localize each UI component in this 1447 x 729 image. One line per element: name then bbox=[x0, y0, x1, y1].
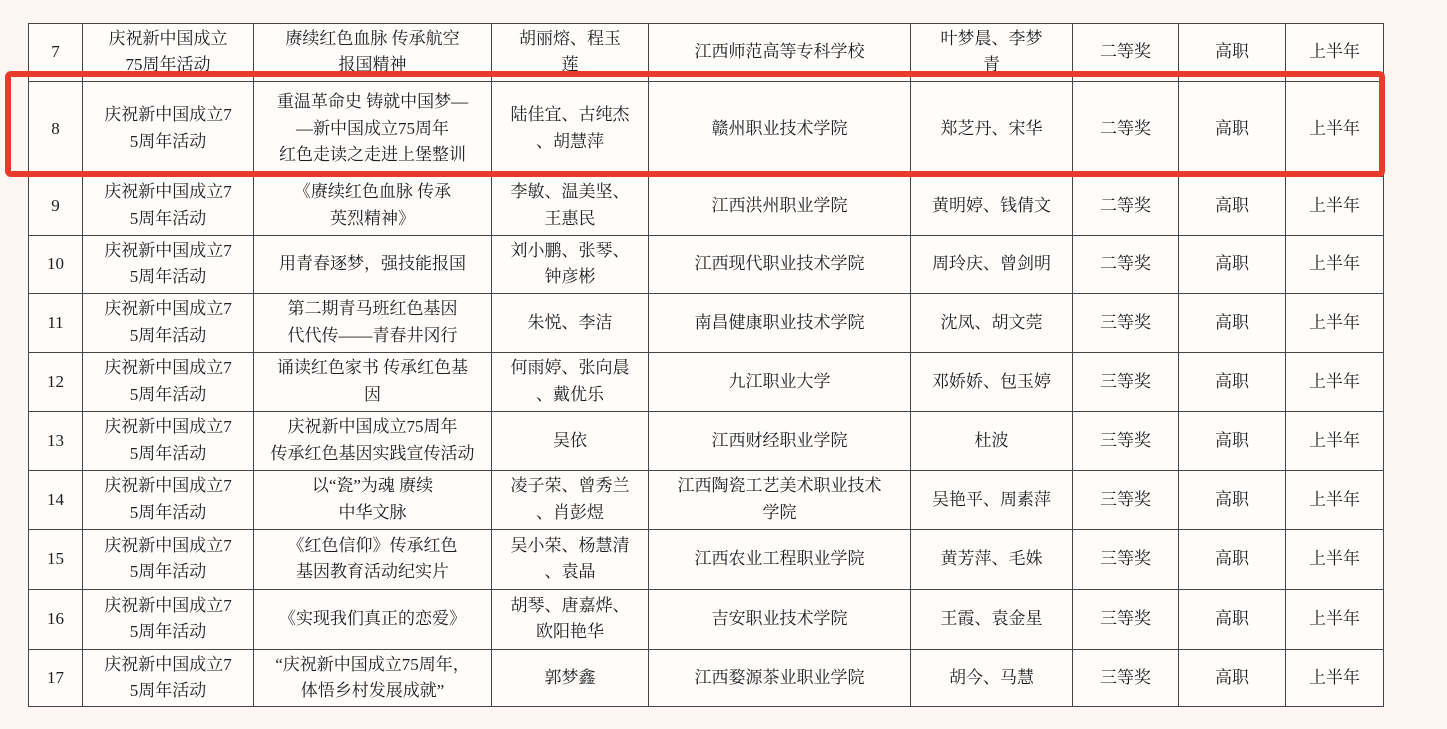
cell-authors: 凌子荣、曾秀兰 、肖彭煜 bbox=[492, 470, 649, 529]
table-row: 11 庆祝新中国成立7 5周年活动 第二期青马班红色基因 代代传——青春井冈行 … bbox=[29, 293, 1384, 352]
cell-instructors: 沈凤、胡文莞 bbox=[911, 293, 1073, 352]
cell-instructors: 周玲庆、曾剑明 bbox=[911, 235, 1073, 293]
cell-no: 8 bbox=[29, 81, 83, 176]
cell-category: 高职 bbox=[1179, 176, 1286, 235]
cell-period: 上半年 bbox=[1286, 24, 1384, 82]
cell-school: 南昌健康职业技术学院 bbox=[649, 293, 911, 352]
cell-no: 10 bbox=[29, 235, 83, 293]
cell-authors: 吴小荣、杨慧清 、袁晶 bbox=[492, 529, 649, 589]
cell-period: 上半年 bbox=[1286, 352, 1384, 411]
cell-activity: 庆祝新中国成立7 5周年活动 bbox=[83, 529, 254, 589]
cell-period: 上半年 bbox=[1286, 411, 1384, 470]
cell-instructors: 吴艳平、周素萍 bbox=[911, 470, 1073, 529]
cell-award: 三等奖 bbox=[1073, 529, 1179, 589]
cell-activity: 庆祝新中国成立7 5周年活动 bbox=[83, 411, 254, 470]
cell-category: 高职 bbox=[1179, 411, 1286, 470]
cell-activity: 庆祝新中国成立7 5周年活动 bbox=[83, 176, 254, 235]
cell-category: 高职 bbox=[1179, 529, 1286, 589]
cell-activity: 庆祝新中国成立 75周年活动 bbox=[83, 24, 254, 82]
cell-school: 吉安职业技术学院 bbox=[649, 589, 911, 649]
cell-work: 庆祝新中国成立75周年 传承红色基因实践宣传活动 bbox=[254, 411, 492, 470]
cell-instructors: 郑芝丹、宋华 bbox=[911, 81, 1073, 176]
cell-activity: 庆祝新中国成立7 5周年活动 bbox=[83, 649, 254, 707]
cell-category: 高职 bbox=[1179, 293, 1286, 352]
cell-no: 9 bbox=[29, 176, 83, 235]
cell-instructors: 黄芳萍、毛姝 bbox=[911, 529, 1073, 589]
cell-no: 7 bbox=[29, 24, 83, 82]
cell-work: 《红色信仰》传承红色 基因教育活动纪实片 bbox=[254, 529, 492, 589]
cell-instructors: 邓娇娇、包玉婷 bbox=[911, 352, 1073, 411]
table-row: 16 庆祝新中国成立7 5周年活动 《实现我们真正的恋爱》 胡琴、唐嘉烨、 欧阳… bbox=[29, 589, 1384, 649]
cell-award: 三等奖 bbox=[1073, 589, 1179, 649]
cell-authors: 郭梦鑫 bbox=[492, 649, 649, 707]
cell-work: 诵读红色家书 传承红色基 因 bbox=[254, 352, 492, 411]
cell-award: 二等奖 bbox=[1073, 235, 1179, 293]
cell-instructors: 杜波 bbox=[911, 411, 1073, 470]
cell-award: 二等奖 bbox=[1073, 81, 1179, 176]
cell-work: 以“瓷”为魂 赓续 中华文脉 bbox=[254, 470, 492, 529]
cell-award: 二等奖 bbox=[1073, 176, 1179, 235]
cell-work: 第二期青马班红色基因 代代传——青春井冈行 bbox=[254, 293, 492, 352]
cell-authors: 朱悦、李洁 bbox=[492, 293, 649, 352]
table-row: 13 庆祝新中国成立7 5周年活动 庆祝新中国成立75周年 传承红色基因实践宣传… bbox=[29, 411, 1384, 470]
cell-category: 高职 bbox=[1179, 649, 1286, 707]
cell-no: 16 bbox=[29, 589, 83, 649]
cell-work: 重温革命史 铸就中国梦— —新中国成立75周年 红色走读之走进上堡整训 bbox=[254, 81, 492, 176]
cell-authors: 胡琴、唐嘉烨、 欧阳艳华 bbox=[492, 589, 649, 649]
cell-authors: 何雨婷、张向晨 、戴优乐 bbox=[492, 352, 649, 411]
table-row-highlighted: 8 庆祝新中国成立7 5周年活动 重温革命史 铸就中国梦— —新中国成立75周年… bbox=[29, 81, 1384, 176]
cell-category: 高职 bbox=[1179, 235, 1286, 293]
cell-school: 江西洪州职业学院 bbox=[649, 176, 911, 235]
cell-authors: 李敏、温美坚、 王惠民 bbox=[492, 176, 649, 235]
table-row: 7 庆祝新中国成立 75周年活动 赓续红色血脉 传承航空 报国精神 胡丽熔、程玉… bbox=[29, 24, 1384, 82]
cell-award: 二等奖 bbox=[1073, 24, 1179, 82]
cell-activity: 庆祝新中国成立7 5周年活动 bbox=[83, 352, 254, 411]
table-row: 14 庆祝新中国成立7 5周年活动 以“瓷”为魂 赓续 中华文脉 凌子荣、曾秀兰… bbox=[29, 470, 1384, 529]
cell-no: 12 bbox=[29, 352, 83, 411]
cell-period: 上半年 bbox=[1286, 470, 1384, 529]
cell-activity: 庆祝新中国成立7 5周年活动 bbox=[83, 293, 254, 352]
cell-award: 三等奖 bbox=[1073, 352, 1179, 411]
cell-period: 上半年 bbox=[1286, 649, 1384, 707]
cell-work: 《实现我们真正的恋爱》 bbox=[254, 589, 492, 649]
cell-no: 11 bbox=[29, 293, 83, 352]
cell-period: 上半年 bbox=[1286, 235, 1384, 293]
cell-school: 赣州职业技术学院 bbox=[649, 81, 911, 176]
cell-school: 九江职业大学 bbox=[649, 352, 911, 411]
cell-authors: 刘小鹏、张琴、 钟彦彬 bbox=[492, 235, 649, 293]
cell-school: 江西婺源茶业职业学院 bbox=[649, 649, 911, 707]
cell-activity: 庆祝新中国成立7 5周年活动 bbox=[83, 589, 254, 649]
cell-school: 江西陶瓷工艺美术职业技术 学院 bbox=[649, 470, 911, 529]
cell-period: 上半年 bbox=[1286, 589, 1384, 649]
cell-category: 高职 bbox=[1179, 81, 1286, 176]
cell-instructors: 胡今、马慧 bbox=[911, 649, 1073, 707]
cell-authors: 陆佳宜、古纯杰 、胡慧萍 bbox=[492, 81, 649, 176]
cell-instructors: 王霞、袁金星 bbox=[911, 589, 1073, 649]
cell-period: 上半年 bbox=[1286, 293, 1384, 352]
cell-school: 江西现代职业技术学院 bbox=[649, 235, 911, 293]
cell-school: 江西财经职业学院 bbox=[649, 411, 911, 470]
cell-no: 15 bbox=[29, 529, 83, 589]
awards-table: 7 庆祝新中国成立 75周年活动 赓续红色血脉 传承航空 报国精神 胡丽熔、程玉… bbox=[28, 23, 1384, 707]
cell-authors: 胡丽熔、程玉 莲 bbox=[492, 24, 649, 82]
cell-category: 高职 bbox=[1179, 24, 1286, 82]
cell-no: 14 bbox=[29, 470, 83, 529]
table-row: 9 庆祝新中国成立7 5周年活动 《赓续红色血脉 传承 英烈精神》 李敏、温美坚… bbox=[29, 176, 1384, 235]
cell-award: 三等奖 bbox=[1073, 293, 1179, 352]
cell-activity: 庆祝新中国成立7 5周年活动 bbox=[83, 470, 254, 529]
cell-award: 三等奖 bbox=[1073, 649, 1179, 707]
cell-activity: 庆祝新中国成立7 5周年活动 bbox=[83, 81, 254, 176]
cell-no: 13 bbox=[29, 411, 83, 470]
cell-period: 上半年 bbox=[1286, 529, 1384, 589]
cell-award: 三等奖 bbox=[1073, 411, 1179, 470]
cell-work: 赓续红色血脉 传承航空 报国精神 bbox=[254, 24, 492, 82]
cell-activity: 庆祝新中国成立7 5周年活动 bbox=[83, 235, 254, 293]
cell-no: 17 bbox=[29, 649, 83, 707]
cell-authors: 吴依 bbox=[492, 411, 649, 470]
cell-award: 三等奖 bbox=[1073, 470, 1179, 529]
table-row: 15 庆祝新中国成立7 5周年活动 《红色信仰》传承红色 基因教育活动纪实片 吴… bbox=[29, 529, 1384, 589]
cell-period: 上半年 bbox=[1286, 81, 1384, 176]
cell-category: 高职 bbox=[1179, 589, 1286, 649]
cell-work: 用青春逐梦，强技能报国 bbox=[254, 235, 492, 293]
table-row: 17 庆祝新中国成立7 5周年活动 “庆祝新中国成立75周年， 体悟乡村发展成就… bbox=[29, 649, 1384, 707]
cell-school: 江西师范高等专科学校 bbox=[649, 24, 911, 82]
cell-work: “庆祝新中国成立75周年， 体悟乡村发展成就” bbox=[254, 649, 492, 707]
cell-school: 江西农业工程职业学院 bbox=[649, 529, 911, 589]
cell-period: 上半年 bbox=[1286, 176, 1384, 235]
cell-category: 高职 bbox=[1179, 352, 1286, 411]
table-row: 12 庆祝新中国成立7 5周年活动 诵读红色家书 传承红色基 因 何雨婷、张向晨… bbox=[29, 352, 1384, 411]
cell-instructors: 黄明婷、钱倩文 bbox=[911, 176, 1073, 235]
cell-instructors: 叶梦晨、李梦 青 bbox=[911, 24, 1073, 82]
cell-category: 高职 bbox=[1179, 470, 1286, 529]
cell-work: 《赓续红色血脉 传承 英烈精神》 bbox=[254, 176, 492, 235]
table-row: 10 庆祝新中国成立7 5周年活动 用青春逐梦，强技能报国 刘小鹏、张琴、 钟彦… bbox=[29, 235, 1384, 293]
